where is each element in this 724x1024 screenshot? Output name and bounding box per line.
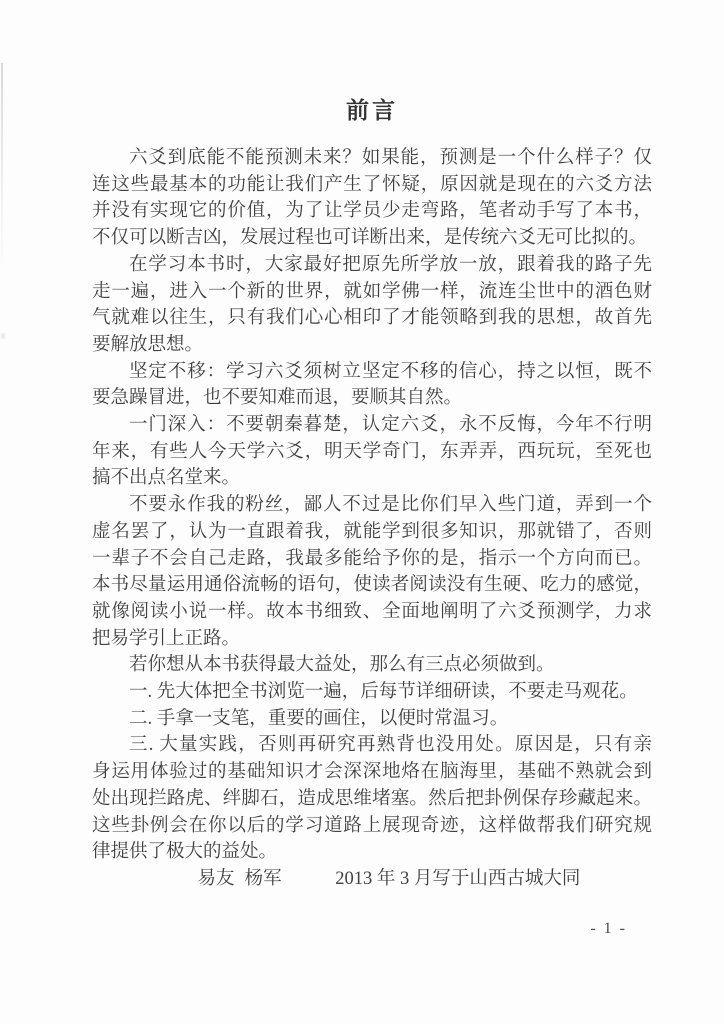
signature-line: 易友杨军2013 年 3 月写于山西古城大同 <box>92 866 652 893</box>
text-line: 要解放思想。 <box>92 332 652 359</box>
preface-body: 六爻到底能不能预测未来？如果能，预测是一个什么样子？仅连这些最基本的功能让我们产… <box>92 145 652 866</box>
signature-date-place: 2013 年 3 月写于山西古城大同 <box>335 869 580 889</box>
text-line: 要急躁冒进，也不要知难而退，要顺其自然。 <box>92 385 652 412</box>
text-line: 虚名罢了，认为一直跟着我，就能学到很多知识，那就错了，否则 <box>92 519 652 546</box>
text-line: 搞不出点名堂来。 <box>92 465 652 492</box>
paragraph: 一. 先大体把全书浏览一遍，后每节详细研读，不要走马观花。 <box>92 679 652 706</box>
text-line: 在学习本书时，大家最好把原先所学放一放，跟着我的路子先 <box>92 252 652 279</box>
page-number: - 1 - <box>590 920 627 938</box>
paragraph: 在学习本书时，大家最好把原先所学放一放，跟着我的路子先走一遍，进入一个新的世界，… <box>92 252 652 359</box>
text-line: 本书尽量运用通俗流畅的语句，使读者阅读没有生硬、吃力的感觉， <box>92 572 652 599</box>
paragraph: 六爻到底能不能预测未来？如果能，预测是一个什么样子？仅连这些最基本的功能让我们产… <box>92 145 652 252</box>
text-line: 并没有实现它的价值，为了让学员少走弯路，笔者动手写了本书， <box>92 198 652 225</box>
page-title: 前言 <box>92 97 652 125</box>
paragraph: 不要永作我的粉丝，鄙人不过是比你们早入些门道，弄到一个虚名罢了，认为一直跟着我，… <box>92 492 652 652</box>
text-line: 不仅可以断吉凶，发展过程也可详断出来，是传统六爻无可比拟的。 <box>92 225 652 252</box>
text-line: 连这些最基本的功能让我们产生了怀疑，原因就是现在的六爻方法 <box>92 172 652 199</box>
paragraph: 坚定不移：学习六爻须树立坚定不移的信心，持之以恒，既不要急躁冒进，也不要知难而退… <box>92 359 652 412</box>
text-line: 坚定不移：学习六爻须树立坚定不移的信心，持之以恒，既不 <box>92 359 652 386</box>
paragraph: 二. 手拿一支笔，重要的画住，以便时常温习。 <box>92 706 652 733</box>
text-line: 二. 手拿一支笔，重要的画住，以便时常温习。 <box>92 706 652 733</box>
text-line: 就像阅读小说一样。故本书细致、全面地阐明了六爻预测学，力求 <box>92 599 652 626</box>
scan-edge-artifact <box>1 63 3 268</box>
text-line: 若你想从本书获得最大益处，那么有三点必须做到。 <box>92 652 652 679</box>
text-line: 律提供了极大的益处。 <box>92 839 652 866</box>
text-line: 身运用体验过的基础知识才会深深地烙在脑海里，基础不熟就会到 <box>92 759 652 786</box>
paragraph: 若你想从本书获得最大益处，那么有三点必须做到。 <box>92 652 652 679</box>
text-line: 年来，有些人今天学六爻，明天学奇门，东弄弄，西玩玩，至死也 <box>92 439 652 466</box>
scanned-book-page: 前言 六爻到底能不能预测未来？如果能，预测是一个什么样子？仅连这些最基本的功能让… <box>0 0 724 1024</box>
text-line: 把易学引上正路。 <box>92 626 652 653</box>
paragraph: 三. 大量实践，否则再研究再熟背也没用处。原因是，只有亲身运用体验过的基础知识才… <box>92 732 652 866</box>
text-line: 不要永作我的粉丝，鄙人不过是比你们早入些门道，弄到一个 <box>92 492 652 519</box>
text-line: 气就难以往生，只有我们心心相印了才能领略到我的思想，故首先 <box>92 305 652 332</box>
text-line: 这些卦例会在你以后的学习道路上展现奇迹，这样做帮我们研究规 <box>92 813 652 840</box>
page-content: 前言 六爻到底能不能预测未来？如果能，预测是一个什么样子？仅连这些最基本的功能让… <box>92 0 652 911</box>
signature-author: 杨军 <box>245 869 282 889</box>
text-line: 一辈子不会自己走路，我最多能给予你的是，指示一个方向而已。 <box>92 546 652 573</box>
text-line: 一门深入：不要朝秦暮楚，认定六爻，永不反悔，今年不行明 <box>92 412 652 439</box>
text-line: 处出现拦路虎、绊脚石，造成思维堵塞。然后把卦例保存珍藏起来。 <box>92 786 652 813</box>
scan-speck-artifact <box>1 333 5 339</box>
text-line: 三. 大量实践，否则再研究再熟背也没用处。原因是，只有亲 <box>92 732 652 759</box>
paragraph: 一门深入：不要朝秦暮楚，认定六爻，永不反悔，今年不行明年来，有些人今天学六爻，明… <box>92 412 652 492</box>
text-line: 六爻到底能不能预测未来？如果能，预测是一个什么样子？仅 <box>92 145 652 172</box>
signature-friend-label: 易友 <box>197 869 234 889</box>
text-line: 走一遍，进入一个新的世界，就如学佛一样，流连尘世中的酒色财 <box>92 279 652 306</box>
text-line: 一. 先大体把全书浏览一遍，后每节详细研读，不要走马观花。 <box>92 679 652 706</box>
